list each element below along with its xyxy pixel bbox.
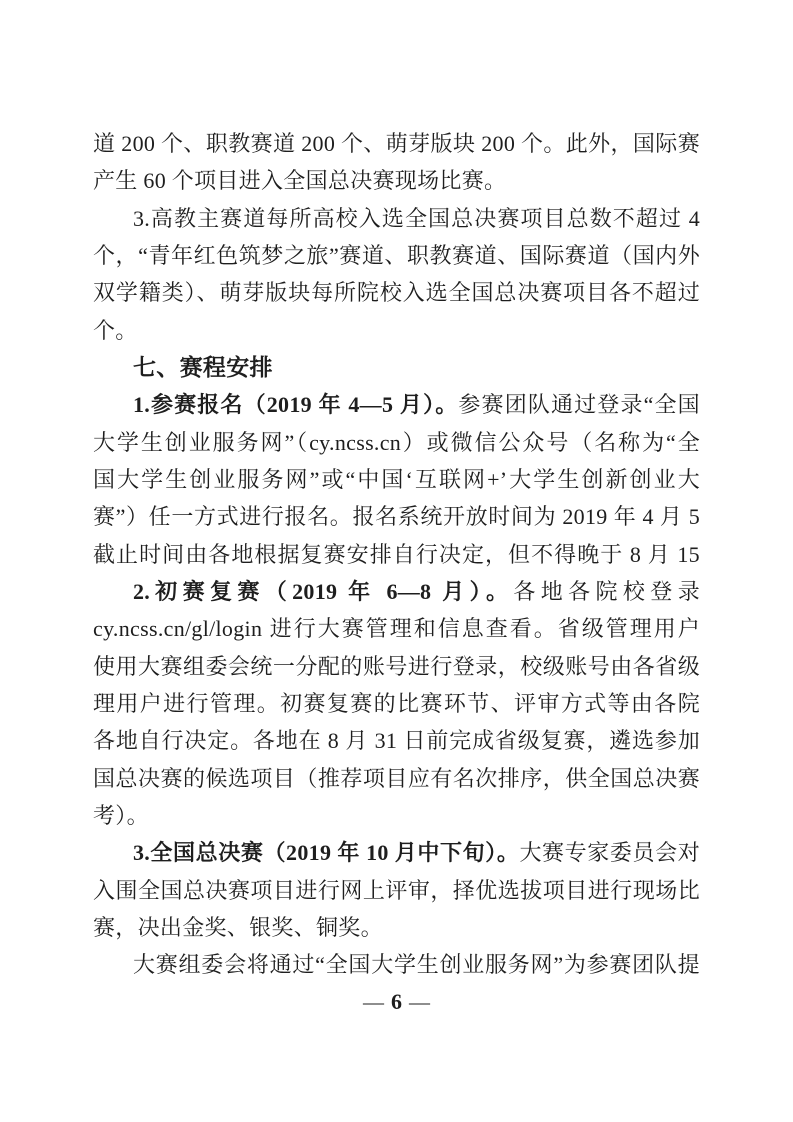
body-run: 赛”）任一方式进行报名。报名系统开放时间为 2019 年 4 月 5 日，	[93, 504, 700, 535]
body-run: 个。	[93, 318, 138, 343]
text-line: 考）。	[93, 797, 700, 834]
body-run: 大学生创业服务网”（cy.ncss.cn）或微信公众号（名称为“全	[93, 430, 700, 455]
body-run: 3.高教主赛道每所高校入选全国总决赛项目总数不超过 4	[133, 206, 700, 231]
text-line: cy.ncss.cn/gl/login 进行大赛管理和信息查看。省级管理用户	[93, 610, 700, 647]
text-line: 产生 60 个项目进入全国总决赛现场比赛。	[93, 162, 700, 199]
text-line: 个。	[93, 312, 700, 349]
text-line: 赛”）任一方式进行报名。报名系统开放时间为 2019 年 4 月 5 日，	[93, 498, 700, 535]
text-line: 个，“青年红色筑梦之旅”赛道、职教赛道、国际赛道（国内外	[93, 237, 700, 274]
body-run: 参赛团队通过登录“全国	[458, 392, 700, 417]
text-line: 3.全国总决赛（2019 年 10 月中下旬）。大赛专家委员会对	[93, 834, 700, 871]
body-run: 国总决赛的候选项目（推荐项目应有名次排序，供全国总决赛参	[93, 766, 700, 797]
page-number-dash-right: —	[402, 990, 437, 1014]
text-line: 1.参赛报名（2019 年 4—5 月）。参赛团队通过登录“全国	[93, 386, 700, 423]
page-number-value: 6	[391, 989, 402, 1014]
text-line: 入围全国总决赛项目进行网上评审，择优选拔项目进行现场比	[93, 872, 700, 909]
text-line: 大赛组委会将通过“全国大学生创业服务网”为参赛团队提	[93, 946, 700, 983]
body-run: 各地自行决定。各地在 8 月 31 日前完成省级复赛，遴选参加全	[93, 728, 700, 759]
page-number: —6—	[93, 983, 700, 1021]
body-run: 各地各院校登录	[513, 579, 700, 604]
text-line: 3.高教主赛道每所高校入选全国总决赛项目总数不超过 4	[93, 200, 700, 237]
body-run: 个，“青年红色筑梦之旅”赛道、职教赛道、国际赛道（国内外	[93, 243, 700, 268]
document-page: 道 200 个、职教赛道 200 个、萌芽版块 200 个。此外，国际赛道产生 …	[0, 0, 793, 1122]
body-run: 大赛组委会将通过“全国大学生创业服务网”为参赛团队提	[133, 952, 700, 977]
text-line: 使用大赛组委会统一分配的账号进行登录，校级账号由各省级管	[93, 648, 700, 685]
heading-text: 七、赛程安排	[133, 354, 273, 380]
body-run: 道 200 个、职教赛道 200 个、萌芽版块 200 个。此外，国际赛道	[93, 131, 700, 162]
section-heading: 七、赛程安排	[93, 349, 700, 386]
text-line: 截止时间由各地根据复赛安排自行决定，但不得晚于 8 月 15 日。	[93, 536, 700, 573]
text-line: 理用户进行管理。初赛复赛的比赛环节、评审方式等由各院校、	[93, 685, 700, 722]
bold-run: 1.参赛报名（2019 年 4—5 月）。	[133, 392, 458, 417]
text-line: 国总决赛的候选项目（推荐项目应有名次排序，供全国总决赛参	[93, 760, 700, 797]
bold-run: 3.全国总决赛（2019 年 10 月中下旬）。	[133, 840, 519, 865]
body-run: 理用户进行管理。初赛复赛的比赛环节、评审方式等由各院校、	[93, 691, 700, 722]
body-run: 国大学生创业服务网”或“中国‘互联网+’大学生创新创业大	[93, 467, 700, 492]
body-run: 截止时间由各地根据复赛安排自行决定，但不得晚于 8 月 15 日。	[93, 542, 700, 573]
text-line: 2.初赛复赛（2019 年 6—8 月）。各地各院校登录	[93, 573, 700, 610]
body-run: cy.ncss.cn/gl/login 进行大赛管理和信息查看。省级管理用户	[93, 616, 700, 641]
text-line: 国大学生创业服务网”或“中国‘互联网+’大学生创新创业大	[93, 461, 700, 498]
page-number-dash-left: —	[356, 990, 391, 1014]
body-run: 产生 60 个项目进入全国总决赛现场比赛。	[93, 168, 506, 193]
body-run: 考）。	[93, 803, 149, 828]
text-line: 大学生创业服务网”（cy.ncss.cn）或微信公众号（名称为“全	[93, 424, 700, 461]
text-line: 道 200 个、职教赛道 200 个、萌芽版块 200 个。此外，国际赛道	[93, 125, 700, 162]
body-run: 赛，决出金奖、银奖、铜奖。	[93, 915, 383, 940]
text-line: 各地自行决定。各地在 8 月 31 日前完成省级复赛，遴选参加全	[93, 722, 700, 759]
text-line: 双学籍类）、萌芽版块每所院校入选全国总决赛项目各不超过 2	[93, 274, 700, 311]
body-run: 使用大赛组委会统一分配的账号进行登录，校级账号由各省级管	[93, 654, 700, 685]
body-run: 大赛专家委员会对	[519, 840, 700, 865]
body-run: 入围全国总决赛项目进行网上评审，择优选拔项目进行现场比	[93, 878, 700, 903]
text-line: 赛，决出金奖、银奖、铜奖。	[93, 909, 700, 946]
bold-run: 2.初赛复赛（2019 年 6—8 月）。	[133, 579, 513, 604]
body-run: 双学籍类）、萌芽版块每所院校入选全国总决赛项目各不超过 2	[93, 280, 700, 311]
document-body: 道 200 个、职教赛道 200 个、萌芽版块 200 个。此外，国际赛道产生 …	[93, 125, 700, 984]
